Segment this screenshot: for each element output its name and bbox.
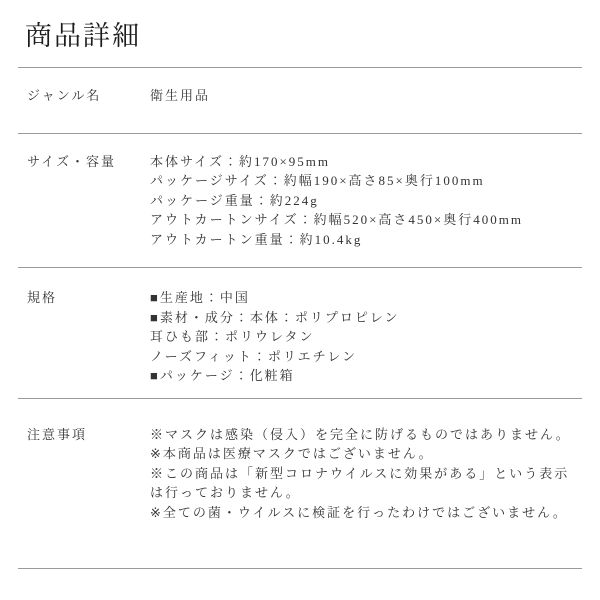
row-size: サイズ・容量 本体サイズ：約170×95mm パッケージサイズ：約幅190×高さ… — [18, 134, 582, 269]
row-spec: 規格 ■生産地：中国 ■素材・成分：本体：ポリプロピレン 耳ひも部：ポリウレタン… — [18, 268, 582, 399]
row-genre-label: ジャンル名 — [18, 86, 150, 106]
row-spec-label: 規格 — [18, 288, 150, 308]
detail-table: ジャンル名 衛生用品 サイズ・容量 本体サイズ：約170×95mm パッケージサ… — [18, 67, 582, 569]
page-title: 商品詳細 — [25, 18, 582, 54]
row-genre: ジャンル名 衛生用品 — [18, 68, 582, 134]
row-spec-value: ■生産地：中国 ■素材・成分：本体：ポリプロピレン 耳ひも部：ポリウレタン ノー… — [150, 288, 582, 386]
row-size-value: 本体サイズ：約170×95mm パッケージサイズ：約幅190×高さ85×奥行10… — [150, 152, 582, 250]
row-note-label: 注意事項 — [18, 425, 150, 445]
row-size-label: サイズ・容量 — [18, 152, 150, 172]
row-note-value: ※マスクは感染（侵入）を完全に防げるものではありません。 ※本商品は医療マスクで… — [150, 425, 582, 523]
row-genre-value: 衛生用品 — [150, 86, 582, 106]
row-note: 注意事項 ※マスクは感染（侵入）を完全に防げるものではありません。 ※本商品は医… — [18, 399, 582, 570]
product-detail-page: 商品詳細 ジャンル名 衛生用品 サイズ・容量 本体サイズ：約170×95mm パ… — [0, 0, 600, 600]
